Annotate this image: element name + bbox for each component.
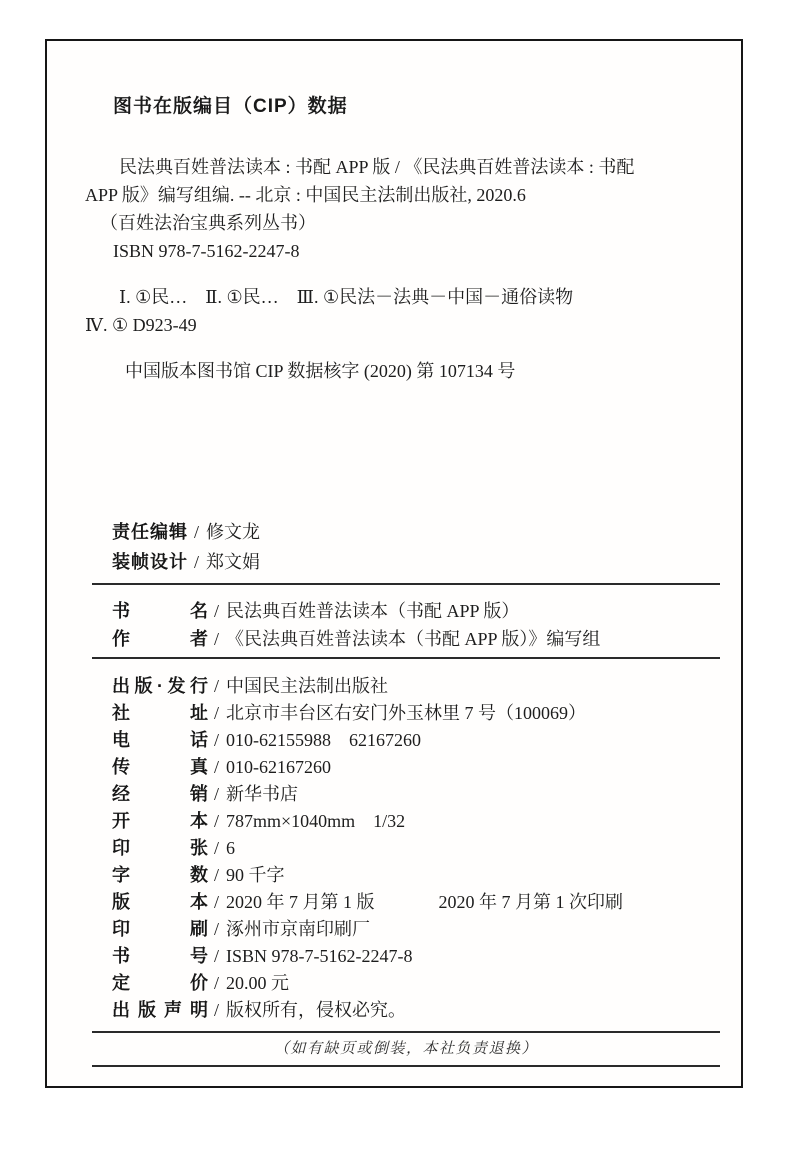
pub-row-address: 社址/北京市丰台区右安门外玉林里 7 号（100069） [112, 699, 741, 726]
divider-rule-3 [92, 1031, 720, 1033]
pub-row-sheets: 印张/6 [112, 834, 741, 861]
edition-value: 2020 年 7 月第 1 版 [226, 892, 375, 912]
sheets-value: 6 [226, 838, 235, 858]
statement-value: 版权所有，侵权必究。 [226, 1000, 406, 1020]
pub-row-printer: 印刷/涿州市京南印刷厂 [112, 915, 741, 942]
distributor-label: 经销 [112, 780, 208, 806]
statement-label: 出版声明 [112, 996, 208, 1022]
slash-separator: / [208, 1000, 226, 1020]
slash-separator: / [208, 865, 226, 885]
cip-para-line-1: 民法典百姓普法读本 : 书配 APP 版 / 《民法典百姓普法读本 : 书配 [85, 153, 721, 181]
cip-para-line-4: ISBN 978-7-5162-2247-8 [85, 237, 721, 265]
fax-value: 010-62167260 [226, 757, 331, 777]
slash-separator: / [208, 730, 226, 750]
staff-row-designer: 装帧设计/郑文娟 [112, 547, 741, 577]
pub-row-fax: 传真/010-62167260 [112, 753, 741, 780]
price-label: 定价 [112, 969, 208, 995]
editor-value: 修文龙 [206, 522, 260, 542]
printer-label: 印刷 [112, 915, 208, 941]
book-author-label: 作者 [112, 625, 208, 651]
printing-run-value: 2020 年 7 月第 1 次印刷 [439, 892, 624, 912]
sheets-label: 印张 [112, 834, 208, 860]
slash-separator: / [208, 838, 226, 858]
price-value: 20.00 元 [226, 973, 289, 993]
wordcount-label: 字数 [112, 861, 208, 887]
cip-para-line-3: （百姓法治宝典系列丛书） [85, 209, 721, 237]
slash-separator: / [208, 973, 226, 993]
slash-separator: / [208, 784, 226, 804]
slash-separator: / [208, 811, 226, 831]
slash-separator: / [208, 892, 226, 912]
book-author-value: 《民法典百姓普法读本（书配 APP 版）》编写组 [226, 629, 600, 649]
slash-separator: / [208, 757, 226, 777]
cip-title: 图书在版编目（CIP）数据 [113, 95, 741, 119]
staff-credits: 责任编辑/修文龙 装帧设计/郑文娟 [112, 517, 741, 577]
page-border-frame: 图书在版编目（CIP）数据 民法典百姓普法读本 : 书配 APP 版 / 《民法… [45, 39, 743, 1088]
designer-label: 装帧设计 [112, 552, 188, 572]
pub-row-edition: 版本/2020 年 7 月第 1 版2020 年 7 月第 1 次印刷 [112, 888, 741, 915]
fax-label: 传真 [112, 753, 208, 779]
isbn-value: ISBN 978-7-5162-2247-8 [226, 946, 413, 966]
divider-rule-4 [92, 1065, 720, 1067]
divider-rule-2 [92, 657, 720, 659]
slash-separator: / [188, 552, 206, 572]
publisher-value: 中国民主法制出版社 [226, 676, 388, 696]
pub-row-distributor: 经销/新华书店 [112, 780, 741, 807]
pub-row-price: 定价/20.00 元 [112, 969, 741, 996]
slash-separator: / [208, 946, 226, 966]
publication-info: 出版·发行/中国民主法制出版社 社址/北京市丰台区右安门外玉林里 7 号（100… [112, 672, 741, 1023]
address-label: 社址 [112, 699, 208, 725]
format-value: 787mm×1040mm 1/32 [226, 811, 405, 831]
staff-row-editor: 责任编辑/修文龙 [112, 517, 741, 547]
isbn-label: 书号 [112, 942, 208, 968]
cip-record-number-text: 中国版本图书馆 CIP 数据核字 (2020) 第 107134 号 [85, 357, 721, 385]
phone-label: 电话 [112, 726, 208, 752]
pub-row-phone: 电话/010-62155988 62167260 [112, 726, 741, 753]
cip-record-number: 中国版本图书馆 CIP 数据核字 (2020) 第 107134 号 [85, 357, 721, 385]
slash-separator: / [208, 629, 226, 649]
printer-value: 涿州市京南印刷厂 [226, 919, 370, 939]
pub-row-publisher: 出版·发行/中国民主法制出版社 [112, 672, 741, 699]
cip-description-paragraph: 民法典百姓普法读本 : 书配 APP 版 / 《民法典百姓普法读本 : 书配 A… [85, 153, 721, 265]
publisher-label: 出版·发行 [112, 672, 208, 698]
slash-separator: / [188, 522, 206, 542]
cip-para-line-2: APP 版》编写组编. -- 北京 : 中国民主法制出版社, 2020.6 [85, 181, 721, 209]
edition-label: 版本 [112, 888, 208, 914]
book-row-author: 作者/《民法典百姓普法读本（书配 APP 版）》编写组 [112, 625, 741, 653]
slash-separator: / [208, 676, 226, 696]
cip-classification: Ⅰ. ①民… Ⅱ. ①民… Ⅲ. ①民法－法典－中国－通俗读物 Ⅳ. ① D92… [85, 283, 721, 339]
book-row-title: 书名/民法典百姓普法读本（书配 APP 版） [112, 597, 741, 625]
divider-rule-1 [92, 583, 720, 585]
slash-separator: / [208, 703, 226, 723]
book-title-value: 民法典百姓普法读本（书配 APP 版） [226, 601, 519, 621]
return-policy-note: （如有缺页或倒装，本社负责退换） [92, 1040, 720, 1058]
pub-row-wordcount: 字数/90 千字 [112, 861, 741, 888]
distributor-value: 新华书店 [226, 784, 298, 804]
scanned-copyright-page: 图书在版编目（CIP）数据 民法典百姓普法读本 : 书配 APP 版 / 《民法… [0, 0, 790, 1149]
format-label: 开本 [112, 807, 208, 833]
editor-label: 责任编辑 [112, 522, 188, 542]
book-info: 书名/民法典百姓普法读本（书配 APP 版） 作者/《民法典百姓普法读本（书配 … [112, 597, 741, 653]
wordcount-value: 90 千字 [226, 865, 285, 885]
book-title-label: 书名 [112, 597, 208, 623]
address-value: 北京市丰台区右安门外玉林里 7 号（100069） [226, 703, 586, 723]
pub-row-statement: 出版声明/版权所有，侵权必究。 [112, 996, 741, 1023]
slash-separator: / [208, 919, 226, 939]
pub-row-isbn: 书号/ISBN 978-7-5162-2247-8 [112, 942, 741, 969]
pub-row-format: 开本/787mm×1040mm 1/32 [112, 807, 741, 834]
slash-separator: / [208, 601, 226, 621]
cip-class-line-1: Ⅰ. ①民… Ⅱ. ①民… Ⅲ. ①民法－法典－中国－通俗读物 [85, 283, 721, 311]
phone-value: 010-62155988 62167260 [226, 730, 421, 750]
cip-class-line-2: Ⅳ. ① D923-49 [85, 311, 721, 339]
designer-value: 郑文娟 [206, 552, 260, 572]
